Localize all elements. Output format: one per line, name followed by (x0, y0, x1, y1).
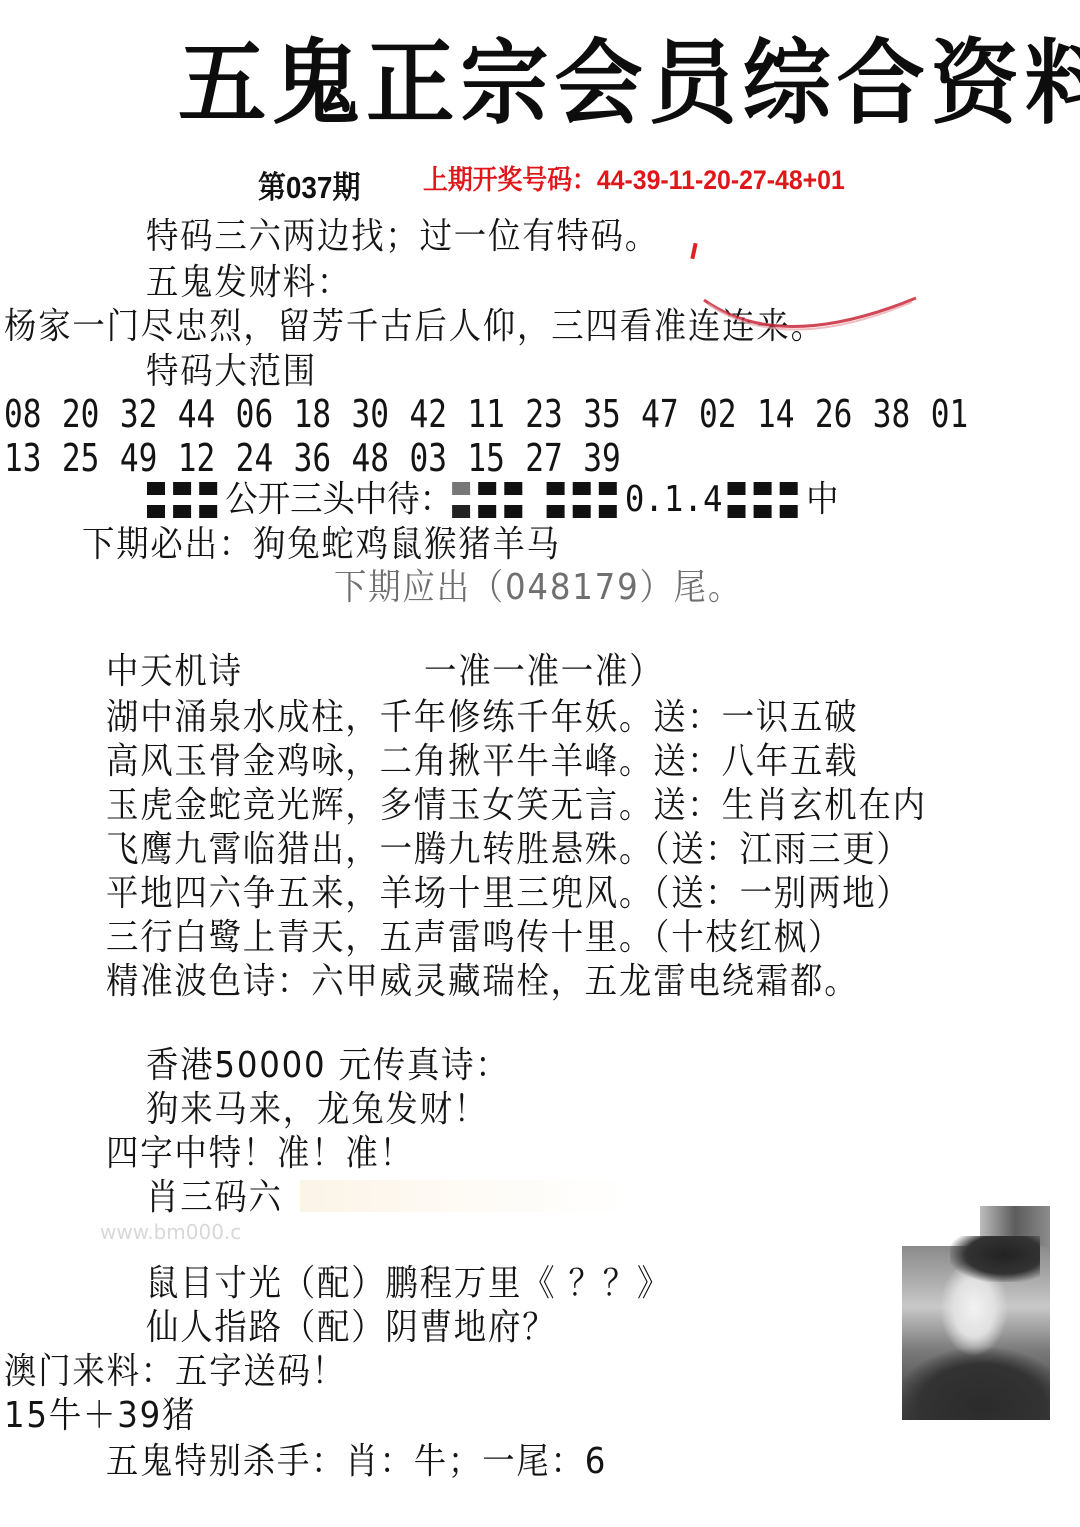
poem-title-note: 一准一准一准） (424, 650, 663, 694)
three-heads-row: 公开三头中待： 0.1.4 中 (147, 478, 839, 522)
last-draw: 上期开奖号码：44-39-11-20-27-48+01 (423, 158, 845, 197)
page-title: 五鬼正宗会员综合资料 (178, 28, 1080, 138)
block-square (147, 482, 165, 518)
three-heads-tail: 中 (806, 478, 838, 522)
three-heads-label: 公开三头中待： (225, 478, 452, 522)
hk-fax-title: 香港50000 元传真诗： (146, 1044, 510, 1088)
macau-title: 澳门来料：五字送码！ (4, 1350, 346, 1394)
hint-line-2: 五鬼发财料： (146, 261, 351, 305)
pair-line: 仙人指路（配）阴曹地府？ (146, 1306, 556, 1350)
hint-line-3: 杨家一门尽忠烈，留芳千古后人仰，三四看准连连来。 (4, 305, 825, 349)
poem-row: 玉虎金蛇竞光辉，多情玉女笑无言。送：生肖玄机在内 (106, 784, 927, 828)
next-tail-line: 下期应出（048179）尾。 (334, 566, 742, 610)
poem-row: 平地四六争五来，羊场十里三兜风。（送：一别两地） (106, 872, 911, 916)
block-square (728, 482, 746, 518)
background-smear (300, 1180, 630, 1212)
block-square (452, 482, 470, 518)
poem-row: 三行白鹭上青天，五声雷鸣传十里。（十枝红枫） (106, 916, 842, 960)
poem-title: 中天机诗 (106, 650, 243, 694)
block-square (573, 482, 591, 518)
poem-row: 湖中涌泉水成柱，千年修练千年妖。送：一识五破 (106, 696, 858, 740)
hint-line-1: 特码三六两边找；过一位有特码。 (146, 215, 659, 259)
block-square (780, 482, 798, 518)
last-draw-numbers: 44-39-11-20-27-48+01 (597, 165, 845, 195)
range-numbers-row-2: 13 25 49 12 24 36 48 03 15 27 39 (4, 436, 621, 480)
hk-fax-line: 狗来马来，龙兔发财！ (146, 1088, 488, 1132)
portrait-photo (898, 1206, 1050, 1420)
block-square (173, 482, 191, 518)
pair-line: 鼠目寸光（配）鹏程万里《 ？？》 (146, 1262, 671, 1306)
three-heads-value: 0.1.4 (625, 478, 723, 522)
red-tick-mark (690, 243, 697, 259)
range-numbers-row-1: 08 20 32 44 06 18 30 42 11 23 35 47 02 1… (4, 392, 968, 436)
range-heading: 特码大范围 (146, 350, 317, 394)
next-zodiac-line: 下期必出：狗兔蛇鸡鼠猴猪羊马 (82, 523, 561, 567)
block-square (547, 482, 565, 518)
block-square (504, 482, 522, 518)
block-square (478, 482, 496, 518)
hk-fax-line: 四字中特！准！准！ (106, 1132, 414, 1176)
last-draw-label: 上期开奖号码： (423, 165, 597, 195)
block-square (754, 482, 772, 518)
issue-number: 第037期 (258, 162, 360, 207)
poem-row: 精准波色诗：六甲威灵藏瑞栓，五龙雷电绕霜都。 (106, 960, 858, 1004)
watermark-text: www.bm000.c (100, 1220, 241, 1244)
macau-line: 15牛＋39猪 (4, 1394, 196, 1438)
poem-row: 飞鹰九霄临猎出，一腾九转胜悬殊。（送：江雨三更） (106, 828, 911, 872)
hk-fax-line: 肖三码六 (146, 1176, 283, 1220)
special-killer-line: 五鬼特别杀手：肖：牛；一尾：6 (106, 1440, 607, 1484)
block-square (199, 482, 217, 518)
block-square (599, 482, 617, 518)
poem-row: 高风玉骨金鸡咏，二角揪平牛羊峰。送：八年五载 (106, 740, 858, 784)
